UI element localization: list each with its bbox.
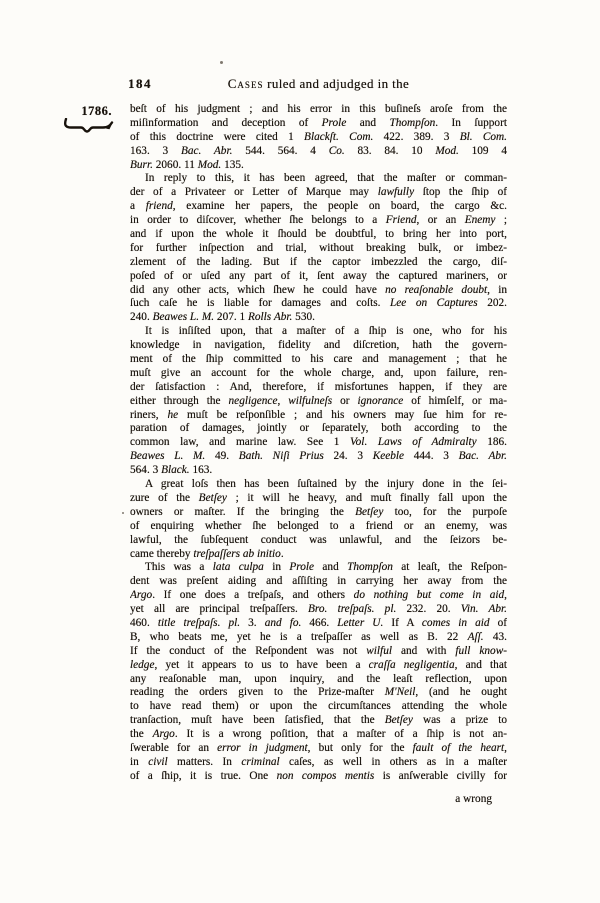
paragraph: This was a lata culpa in Prole and Thomp… [130,561,507,783]
text-line: of enquiring whether ſhe belonged to a f… [130,520,507,534]
paragraph: A great loſs then has been ſuſtained by … [130,478,507,561]
text-line: zlement of the lading. But if the captor… [130,256,507,270]
text-line: This was a lata culpa in Prole and Thomp… [130,561,507,575]
text-line: yet all are principal treſpaſſers. Bro. … [130,603,507,617]
text-line: muſt give an account for the whole charg… [130,367,507,381]
page-header: 184 Cases ruled and adjudged in the [130,76,507,93]
text-line: dent was preſent aiding and aſſiſting in… [130,575,507,589]
text-line: der of a Privateer or Letter of Marque m… [130,186,507,200]
scan-speck [122,512,124,514]
text-line: zure of the Betſey ; it will he heavy, a… [130,492,507,506]
text-line: ment of the ſhip committed to his care a… [130,353,507,367]
text-line: In reply to this, it has been agreed, th… [130,172,507,186]
text-line: of this doctrine were cited 1 Blackſt. C… [130,131,507,145]
scanned-book-page: 184 Cases ruled and adjudged in the 1786… [0,0,600,903]
text-line: any reaſonable man, upon inquiry, and th… [130,673,507,687]
text-line: ſwerable for an error in judgment, but o… [130,742,507,756]
text-line: common law, and marine law. See 1 Vol. L… [130,436,507,450]
text-line: It is inſiſted upon, that a maſter of a … [130,325,507,339]
text-line: knowledge in navigation, fidelity and di… [130,339,507,353]
text-line: Burr. 2060. 11 Mod. 135. [130,159,507,173]
text-line: in civil matters. In criminal caſes, as … [130,756,507,770]
text-line: 460. title treſpaſs. pl. 3. and fo. 466.… [130,617,507,631]
main-text-block: beſt of his judgment ; and his error in … [130,103,507,806]
text-line: Argo. If one does a treſpaſs, and others… [130,589,507,603]
running-title: Cases ruled and adjudged in the [130,76,507,92]
text-line: beſt of his judgment ; and his error in … [130,103,507,117]
paragraph: It is inſiſted upon, that a maſter of a … [130,325,507,478]
text-line: of a ſhip, it is true. One non compos me… [130,770,507,784]
text-line: the Argo. It is a wrong poſition, that a… [130,728,507,742]
text-line: A great loſs then has been ſuſtained by … [130,478,507,492]
text-line: der ſatisfaction : And, therefore, if mi… [130,381,507,395]
text-line: paration of damages, jointly or ſeparate… [130,422,507,436]
paragraph: beſt of his judgment ; and his error in … [130,103,507,172]
running-title-lead: Cases [228,76,264,91]
text-line: tranſaction, muſt have been ſatisfied, t… [130,714,507,728]
text-line: 240. Beawes L. M. 207. 1 Rolls Abr. 530. [130,311,507,325]
text-line: came thereby treſpaſſers ab initio. [130,548,507,562]
text-line: Beawes L. M. 49. Bath. Niſi Prius 24. 3 … [130,450,507,464]
text-line: to have read them) or upon the circumſta… [130,700,507,714]
margin-year: 1786. [56,104,112,119]
text-line: poſed of or uſed any part of it, ſent aw… [130,270,507,284]
text-line: did any other acts, which ſhew he could … [130,284,507,298]
text-line: If the conduct of the Reſpondent was not… [130,645,507,659]
text-line: riners, he muſt be reſponſible ; and his… [130,409,507,423]
text-line: 564. 3 Black. 163. [130,464,507,478]
text-line: either through the negligence, wilfulneſ… [130,395,507,409]
text-line: a friend, examine her papers, the people… [130,200,507,214]
running-title-rest: ruled and adjudged in the [263,76,409,91]
page-number: 184 [128,76,152,92]
text-line: owners or maſter. If the bringing the Be… [130,506,507,520]
text-line: ſuch caſe he is liable for damages and c… [130,297,507,311]
catchword: a wrong [130,792,507,806]
text-line: B, who beats me, yet he is a treſpaſſer … [130,631,507,645]
paragraph: In reply to this, it has been agreed, th… [130,172,507,325]
scan-speck [220,61,223,64]
year-brace-swash-icon [62,118,114,140]
text-line: lawful, the ſubſequent conduct was unlaw… [130,534,507,548]
text-line: in order to diſcover, whether ſhe belong… [130,214,507,228]
text-line: 163. 3 Bac. Abr. 544. 564. 4 Co. 83. 84.… [130,145,507,159]
text-line: reading the orders given to the Prize-ma… [130,686,507,700]
text-line: ledge, yet it appears to us to have been… [130,659,507,673]
text-line: for further inſpection and trial, withou… [130,242,507,256]
text-line: and if upon the whole it ſhould be doubt… [130,228,507,242]
text-line: miſinformation and deception of Prole an… [130,117,507,131]
